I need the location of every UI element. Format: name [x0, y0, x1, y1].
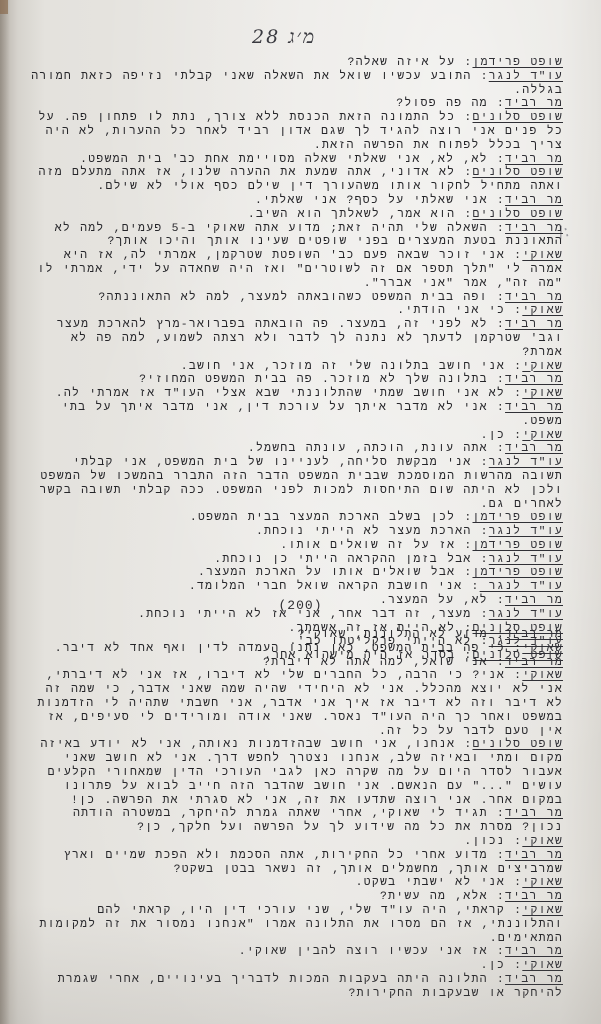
speech-text: בתלונה שלך לא מוזכר. פה בבית המשפט המחוז…: [139, 374, 488, 386]
speaker-name: שופט סלונים: [473, 209, 564, 221]
transcript-turn: עו"ד לנגר: אבל בזמן ההקראה הייתי כן נוכח…: [28, 554, 563, 568]
transcript-turn: מר רביד: השאלה שלי תהיה זאת; מדוע אתה שא…: [28, 223, 563, 251]
speaker-separator: :: [471, 457, 488, 469]
speaker-separator: :: [488, 629, 505, 641]
speaker-separator: :: [488, 850, 505, 862]
transcript-turn: שופט פרידמן: על איזה שאלה?: [28, 57, 563, 71]
scanned-page: מ׳ג 28 /: שופט פרידמן: על איזה שאלה?עו"ד…: [0, 0, 601, 1024]
speaker-separator: :: [488, 402, 505, 414]
speech-text: מה פה פסול?: [396, 98, 488, 110]
transcript-turn: שופט סלונים: הוא אמר, לשאלתך הוא השיב.: [28, 209, 563, 223]
transcript-turn: שאוקי: אני לא ישבתי בשקט.: [28, 877, 563, 891]
speaker-name: עו"ד לנגר: [480, 581, 563, 593]
speaker-separator: :: [505, 430, 522, 442]
speech-text: אבל שואלים אותו על הארכת המעצר.: [198, 567, 455, 579]
speaker-separator: :: [471, 526, 488, 538]
speaker-name: עו"ד לנגר: [489, 554, 563, 566]
speaker-name: שאוקי: [522, 361, 563, 373]
speaker-separator: :: [471, 554, 488, 566]
speech-text: אז על זה שואלים אותו.: [280, 540, 455, 552]
speech-text: על איזה שאלה?: [347, 57, 455, 69]
speaker-name: שאוקי: [522, 643, 563, 655]
speech-text: אני חושבת הקראה שואל חברי המלומד.: [189, 581, 462, 593]
transcript-turn: שאוקי: כן.: [28, 430, 563, 444]
speaker-separator: :: [462, 581, 479, 593]
transcript-turn: מר רביד: לא לפני זה, במעצר. פה הובאתה בפ…: [28, 319, 563, 360]
page-fold-shadow: [0, 0, 10, 1024]
speaker-separator: :: [505, 877, 522, 889]
transcript-turn: מר רביד: תגיד לי שאוקי, אחרי שאתה גמרת ל…: [28, 808, 563, 836]
speaker-name: שופט סלונים: [473, 112, 564, 124]
transcript-turn: מר רביד: אני שאלתי על כסף? אני שאלתי.: [28, 195, 563, 209]
speech-text: לא אני חושב שמתי שהתלוננתי שבא אצלי העו"…: [56, 388, 505, 400]
speech-text: אבל בזמן ההקראה הייתי כן נוכחת.: [214, 554, 471, 566]
speaker-name: שאוקי: [522, 960, 563, 972]
binder-tab: [0, 0, 8, 14]
speech-text: כן.: [481, 960, 505, 972]
transcript-turn: מר רביד: מדוע לא התלוננת, שאוקי?: [28, 629, 563, 643]
transcript-turn: עו"ד לנגר : אני חושבת הקראה שואל חברי המ…: [28, 581, 563, 595]
speaker-name: שופט פרידמן: [473, 567, 564, 579]
speaker-name: מר רביד: [505, 154, 563, 166]
speaker-name: שאוקי: [522, 388, 563, 400]
speaker-separator: :: [455, 567, 472, 579]
transcript-turn: שאוקי: אני זוכר שבאה פעם כב' השופטת שטרק…: [28, 250, 563, 291]
transcript-turn: עו"ד לנגר: התובע עכשיו שואל את השאלה שאנ…: [28, 71, 563, 99]
transcript-turn: מר רביד: בתלונה שלך לא מוזכר. פה בבית המ…: [28, 374, 563, 388]
speaker-name: שאוקי: [522, 877, 563, 889]
transcript-turn: שופט סלונים: אנחנו, אני חושב שבהזדמנות נ…: [28, 739, 563, 808]
speaker-name: מר רביד: [505, 629, 563, 641]
transcript-turn: שאוקי: קראתי, היה עו"ד שלי, שני עורכי די…: [28, 905, 563, 946]
speaker-name: מר רביד: [505, 657, 563, 669]
speaker-name: שופט פרידמן: [473, 512, 564, 524]
speaker-separator: :: [455, 209, 472, 221]
speaker-name: עו"ד לנגר: [489, 71, 563, 83]
speaker-separator: :: [455, 57, 472, 69]
speech-text: אני שואל, למה אתה לא דיברת?: [263, 657, 488, 669]
speaker-separator: :: [505, 250, 522, 262]
speech-text: קראתי, היה עו"ד שלי, שני עורכי דין היו, …: [39, 905, 563, 945]
transcript-turn: מר רביד: לא, לא, אני שאלתי שאלה מסויימת …: [28, 154, 563, 168]
transcript-turn: שאוקי: אני? כי הרבה, כל החברים שלי לא די…: [28, 670, 563, 739]
transcript-turn: מר רביד: אלא, מה עשית?: [28, 891, 563, 905]
speech-text: נכון.: [464, 836, 505, 848]
speaker-name: שאוקי: [522, 905, 563, 917]
speaker-separator: :: [505, 388, 522, 400]
speaker-separator: :: [505, 361, 522, 373]
speech-text: התלונה היתה בעקבות המכות לדבריך בעינויים…: [58, 974, 563, 1000]
speaker-separator: :: [471, 71, 488, 83]
speaker-name: מר רביד: [505, 974, 563, 986]
transcript-turn: מר רביד: אז אני עכשיו רוצה להבין שאוקי.: [28, 946, 563, 960]
speaker-separator: :: [505, 670, 522, 682]
transcript-turn: מר רביד: אתה עונת, הוכתה, עונתה בחשמל.: [28, 443, 563, 457]
speech-text: ופה בבית המשפט כשהובאתה למעצר, למה לא הת…: [98, 292, 487, 304]
transcript-turn: מר רביד: מה פה פסול?: [28, 98, 563, 112]
speech-text: אתה עונת, הוכתה, עונתה בחשמל.: [248, 443, 488, 455]
speaker-separator: :: [488, 98, 505, 110]
speaker-name: מר רביד: [505, 808, 563, 820]
speaker-name: מר רביד: [505, 195, 563, 207]
speaker-separator: :: [488, 223, 505, 235]
speaker-name: שופט פרידמן: [473, 57, 564, 69]
speaker-separator: :: [455, 739, 472, 751]
transcript-turn: שאוקי: כי פה בבית המשפט, כאן נתנו העמדה …: [28, 643, 563, 657]
speech-text: אני? כי הרבה, כל החברים שלי לא דיברו, אז…: [37, 670, 563, 737]
speech-text: כן.: [481, 430, 505, 442]
speaker-name: מר רביד: [505, 891, 563, 903]
speaker-separator: :: [455, 112, 472, 124]
transcript-turn: עו"ד לנגר: הארכת מעצר לא הייתי נוכחת.: [28, 526, 563, 540]
speaker-name: מר רביד: [505, 292, 563, 304]
speaker-separator: :: [455, 512, 472, 524]
speaker-separator: :: [505, 643, 522, 655]
transcript-part-2: מר רביד: מדוע לא התלוננת, שאוקי?שאוקי: כ…: [28, 629, 563, 1002]
speaker-separator: :: [488, 974, 505, 986]
speaker-name: שאוקי: [522, 305, 563, 317]
speaker-separator: :: [488, 195, 505, 207]
speaker-separator: :: [505, 905, 522, 917]
speaker-separator: :: [488, 946, 505, 958]
handwritten-page-number: מ׳ג 28: [252, 26, 316, 49]
speech-text: הארכת מעצר לא הייתי נוכחת.: [256, 526, 472, 538]
speaker-separator: :: [455, 167, 472, 179]
transcript-turn: שופט פרידמן: לכן בשלב הארכת המעצר בבית ה…: [28, 512, 563, 526]
speaker-separator: :: [488, 154, 505, 166]
transcript-turn: שאוקי: אני חושב בתלונה שלי זה מוזכר, אני…: [28, 361, 563, 375]
speech-text: כי אני הודתי.: [397, 305, 505, 317]
speaker-separator: :: [488, 319, 505, 331]
speaker-name: שופט פרידמן: [473, 540, 564, 552]
transcript-turn: מר רביד: אני שואל, למה אתה לא דיברת?: [28, 657, 563, 671]
transcript-turn: מר רביד: ופה בבית המשפט כשהובאתה למעצר, …: [28, 292, 563, 306]
speaker-separator: :: [488, 891, 505, 903]
speech-text: לכן בשלב הארכת המעצר בבית המשפט.: [190, 512, 455, 524]
speaker-name: מר רביד: [505, 850, 563, 862]
speaker-name: מר רביד: [505, 319, 563, 331]
section-marker: (200): [0, 598, 601, 613]
speaker-name: עו"ד לנגר: [489, 526, 563, 538]
speaker-separator: :: [488, 292, 505, 304]
speaker-name: שאוקי: [522, 430, 563, 442]
speaker-separator: :: [505, 836, 522, 848]
speaker-name: שופט סלונים: [473, 167, 564, 179]
speaker-separator: :: [488, 657, 505, 669]
transcript-turn: שאוקי: נכון.: [28, 836, 563, 850]
transcript-turn: מר רביד: התלונה היתה בעקבות המכות לדבריך…: [28, 974, 563, 1002]
transcript-turn: שאוקי: כי אני הודתי.: [28, 305, 563, 319]
transcript-turn: שאוקי: כן.: [28, 960, 563, 974]
speaker-name: מר רביד: [505, 374, 563, 386]
speaker-separator: :: [488, 443, 505, 455]
speaker-name: מר רביד: [505, 402, 563, 414]
speaker-name: שאוקי: [522, 670, 563, 682]
speech-text: כי פה בבית המשפט, כאן נתנו העמדה לדין וא…: [55, 643, 505, 655]
speaker-separator: :: [488, 808, 505, 820]
speaker-separator: :: [505, 305, 522, 317]
speech-text: אני לא ישבתי בשקט.: [356, 877, 505, 889]
transcript-turn: שופט סלונים: לא אדוני, אתה שמעת את ההערה…: [28, 167, 563, 195]
speaker-name: מר רביד: [505, 946, 563, 958]
speech-text: אני חושב בתלונה שלי זה מוזכר, אני חושב.: [181, 361, 505, 373]
speech-text: לא, לא, אני שאלתי שאלה מסויימת אחת כב' ב…: [80, 154, 488, 166]
transcript-turn: שופט פרידמן: אז על זה שואלים אותו.: [28, 540, 563, 554]
speech-text: אלא, מה עשית?: [380, 891, 488, 903]
speaker-separator: :: [455, 540, 472, 552]
speech-text: השאלה שלי תהיה זאת; מדוע אתה שאוקי ב-5 פ…: [55, 223, 563, 249]
speech-text: מדוע לא התלוננת, שאוקי?: [298, 629, 488, 641]
speech-text: אז אני עכשיו רוצה להבין שאוקי.: [239, 946, 488, 958]
transcript-turn: שופט פרידמן: אבל שואלים אותו על הארכת המ…: [28, 567, 563, 581]
speaker-separator: :: [505, 960, 522, 972]
speaker-separator: :: [488, 374, 505, 386]
transcript-part-1: שופט פרידמן: על איזה שאלה?עו"ד לנגר: התו…: [28, 57, 563, 664]
transcript-turn: מר רביד: מדוע אחרי כל החקירות, אתה הסכמת…: [28, 850, 563, 878]
speaker-name: שאוקי: [522, 250, 563, 262]
transcript-turn: מר רביד: אני לא מדבר איתך על עורכת דין, …: [28, 402, 563, 430]
speaker-name: מר רביד: [505, 98, 563, 110]
transcript-turn: שופט סלונים: כל התמונה הזאת הכנסת ללא צו…: [28, 112, 563, 153]
speech-text: הוא אמר, לשאלתך הוא השיב.: [248, 209, 455, 221]
transcript-turn: עו"ד לנגר: אני מבקשת סליחה, לעניינו של ב…: [28, 457, 563, 512]
speech-text: אני שאלתי על כסף? אני שאלתי.: [255, 195, 488, 207]
speaker-name: שאוקי: [522, 836, 563, 848]
transcript-turn: שאוקי: לא אני חושב שמתי שהתלוננתי שבא אצ…: [28, 388, 563, 402]
speaker-name: עו"ד לנגר: [489, 457, 563, 469]
speaker-name: מר רביד: [505, 223, 563, 235]
speaker-name: שופט סלונים: [473, 739, 564, 751]
speaker-name: מר רביד: [505, 443, 563, 455]
speech-text: אני זוכר שבאה פעם כב' השופטת שטרקמן, אמר…: [37, 250, 563, 290]
